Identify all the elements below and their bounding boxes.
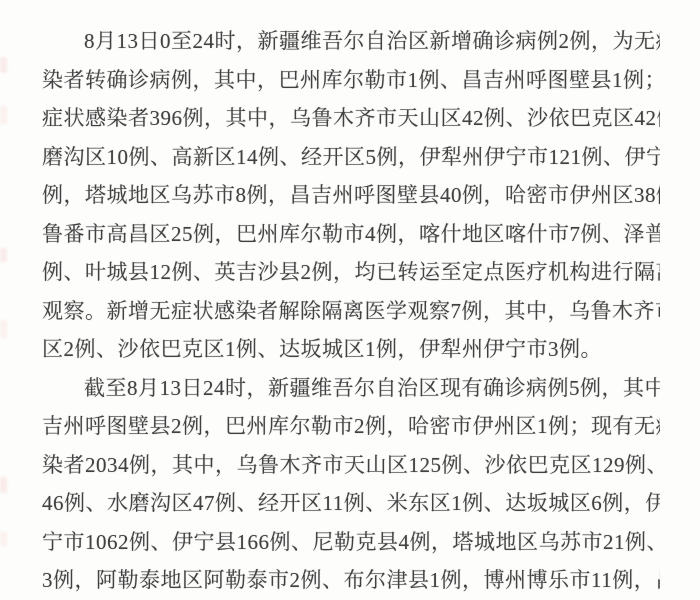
scan-artifact <box>0 320 7 338</box>
scan-artifact <box>0 248 7 262</box>
text-line: 46例、水磨沟区47例、经开区11例、米东区1例、达坂城区6例，伊犁州伊 <box>42 484 660 523</box>
text-line: 染者转确诊病例，其中，巴州库尔勒市1例、昌吉州呼图壁县1例；新增无 <box>42 61 660 100</box>
article-body: 8月13日0至24时，新疆维吾尔自治区新增确诊病例2例，为无症状感染者转确诊病例… <box>42 22 660 600</box>
text-line: 吉州呼图壁县2例，巴州库尔勒市2例，哈密市伊州区1例；现有无症状感 <box>42 407 660 446</box>
text-line: 例、叶城县12例、英吉沙县2例，均已转运至定点医疗机构进行隔离医学 <box>42 253 660 292</box>
text-line: 截至8月13日24时，新疆维吾尔自治区现有确诊病例5例，其中，昌 <box>42 369 660 408</box>
text-line: 3例，阿勒泰地区阿勒泰市2例、布尔津县1例，博州博乐市11例，昌吉州 <box>42 561 660 600</box>
text-line: 症状感染者396例，其中，乌鲁木齐市天山区42例、沙依巴克区42例、水 <box>42 99 660 138</box>
scan-artifact <box>0 106 7 124</box>
text-line: 染者2034例，其中，乌鲁木齐市天山区125例、沙依巴克区129例、高新区 <box>42 446 660 485</box>
scan-artifact <box>0 477 7 493</box>
text-line: 宁市1062例、伊宁县166例、尼勒克县4例，塔城地区乌苏市21例、额敏县 <box>42 523 660 562</box>
text-line: 鲁番市高昌区25例，巴州库尔勒市4例，喀什地区喀什市7例、泽普县4 <box>42 215 660 254</box>
document-page: 8月13日0至24时，新疆维吾尔自治区新增确诊病例2例，为无症状感染者转确诊病例… <box>0 0 700 600</box>
scan-artifact <box>0 57 7 73</box>
text-line: 8月13日0至24时，新疆维吾尔自治区新增确诊病例2例，为无症状感 <box>42 22 660 61</box>
scan-artifact <box>0 532 7 546</box>
text-line: 磨沟区10例、高新区14例、经开区5例，伊犁州伊宁市121例、伊宁县22 <box>42 138 660 177</box>
text-line: 例，塔城地区乌苏市8例，昌吉州呼图壁县40例，哈密市伊州区38例，吐 <box>42 176 660 215</box>
text-line: 观察。新增无症状感染者解除隔离医学观察7例，其中，乌鲁木齐市天山 <box>42 292 660 331</box>
text-line: 区2例、沙依巴克区1例、达坂城区1例，伊犁州伊宁市3例。 <box>42 330 660 369</box>
